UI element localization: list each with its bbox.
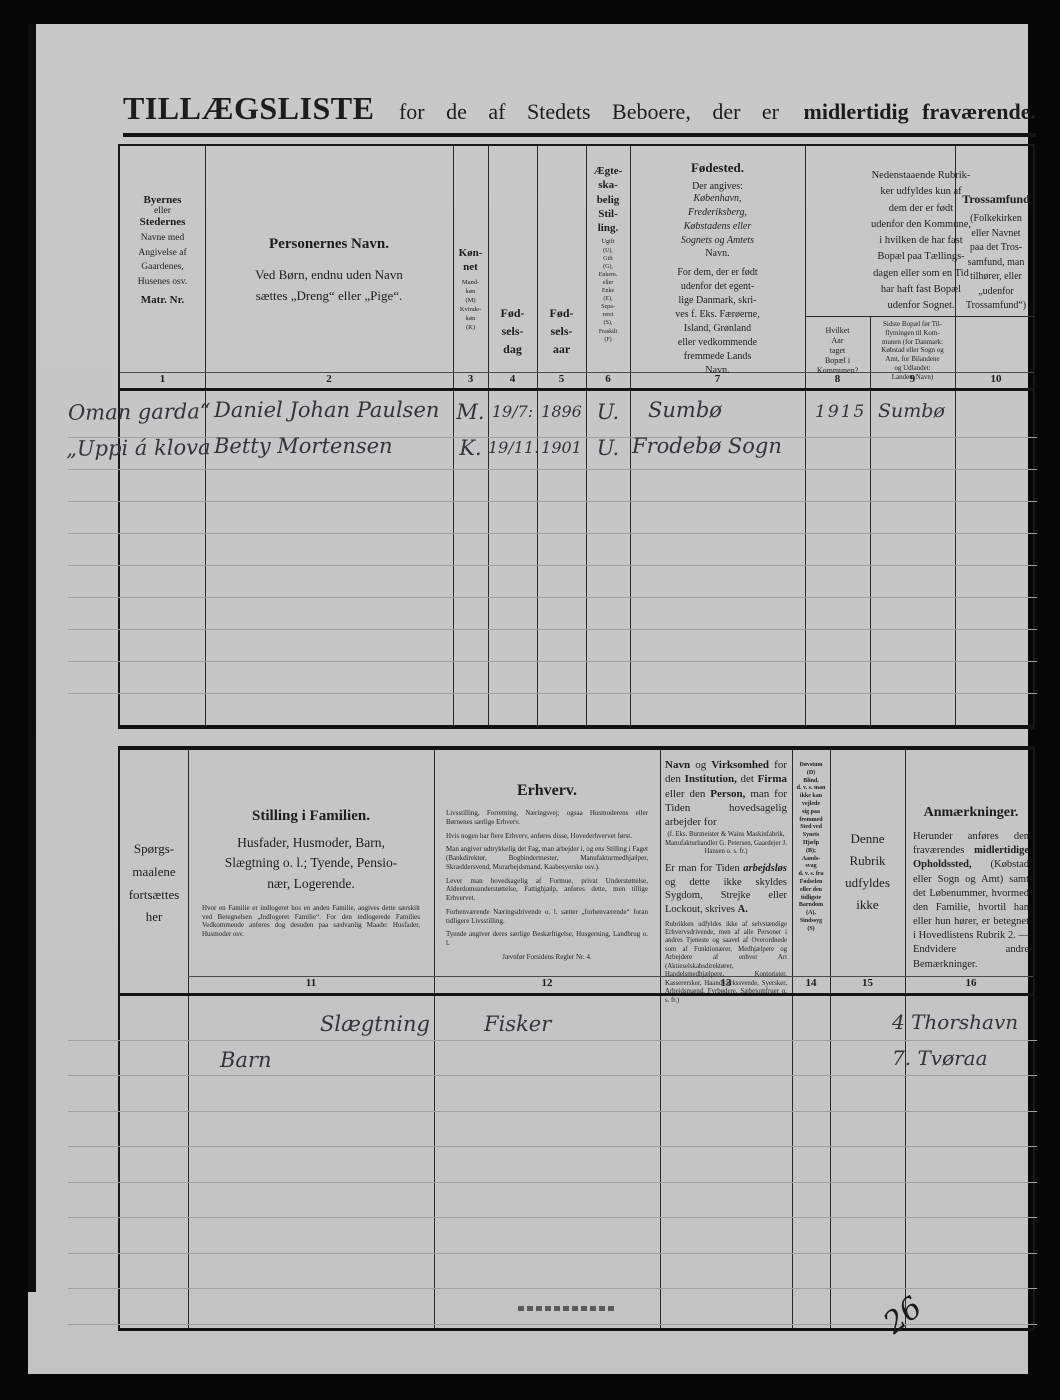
col-header-family-position: Stilling i Familien. Husfader, Husmoder,… (188, 808, 434, 939)
col1-sub: Navne med Angivelse af Gaardenes, Husene… (120, 231, 205, 290)
row-rule (68, 597, 1037, 598)
col8-number: 8 (805, 373, 870, 385)
col13-p1-bold: Navn (665, 759, 690, 771)
page-spine-shadow (28, 24, 36, 1292)
col7-p1c: Navn. (630, 248, 805, 259)
grid-line (537, 146, 538, 725)
row1-remarks: 4 Thorshavn (892, 1010, 1018, 1034)
col16-number: 16 (905, 977, 1037, 989)
col-header-name: Personernes Navn. Ved Børn, endnu uden N… (205, 236, 453, 307)
col10-sub: (Folkekirken eller Navnet paa det Tros- … (955, 212, 1037, 314)
row-rule (68, 1146, 1037, 1147)
row-rule (68, 501, 1037, 502)
grid-line (488, 146, 489, 725)
header-body-divider (120, 388, 1033, 391)
row-rule (68, 1111, 1037, 1112)
col1-title-2: Stedernes (120, 216, 205, 228)
col13-p2-bold: A. (738, 904, 748, 915)
row-rule (68, 629, 1037, 630)
col4-number: 4 (488, 373, 537, 385)
col12-p4: Lever man hovedsagelig af Formue, privat… (446, 877, 648, 903)
row2-birthyear: 1901 (537, 438, 586, 457)
col12-p1: Livsstilling, Forretning, Næringsvej; og… (446, 809, 648, 827)
col-header-marital: Ægte- ska- belig Stil- ling. Ugift (U), … (586, 164, 630, 344)
col3-title: Køn- net (453, 246, 488, 275)
col-header-birthyear: Fød- sels- aar (537, 304, 586, 358)
col-header-remarks: Anmærkninger. Herunder anføres den fravæ… (905, 805, 1037, 972)
form-title-emphasis: midlertidig fraværende. (804, 99, 1036, 125)
row1-last-residence: Sumbø (878, 400, 945, 422)
col2-number: 2 (205, 373, 453, 385)
col1-number: 1 (120, 373, 205, 385)
row-rule (68, 565, 1037, 566)
row2-place: „Uppi á klova (66, 435, 211, 461)
col3-sub: Mand- køn (M) Kvinde- køn (K) (453, 278, 488, 333)
row1-family-position: Slægtning (320, 1012, 430, 1036)
col6-number: 6 (586, 373, 630, 385)
col12-p6: Tyende angiver deres særlige Beskæftigel… (446, 930, 648, 948)
col13-p2-italic: arbejdsløs (743, 863, 787, 874)
row2-birthplace: Frodebø Sogn (632, 434, 782, 458)
col13-p1-bold: Virksomhed (711, 759, 769, 771)
row1-birthplace: Sumbø (648, 398, 722, 422)
col-header-not-filled: Denne Rubrik udfyldes ikke (830, 828, 905, 916)
row-rule (68, 1075, 1037, 1076)
col11-fine-print: Hvor en Familie er indlogeret hos en and… (202, 904, 420, 939)
row-rule (68, 533, 1037, 534)
title-divider-rule (123, 133, 1036, 137)
col15-number: 15 (830, 977, 905, 989)
row1-place: Oman garda“ (68, 399, 211, 424)
col11-number: 11 (188, 977, 434, 989)
col2-title: Personernes Navn. (205, 236, 453, 253)
col11-title: Stilling i Familien. (188, 808, 434, 825)
row-rule (68, 1182, 1037, 1183)
col13-p2-text: og dette ikke skyldes Sygdom, Strejke el… (665, 877, 787, 915)
row2-name: Betty Mortensen (214, 434, 393, 458)
col10-number: 10 (955, 373, 1037, 385)
row2-remarks: 7. Tvøraa (892, 1046, 988, 1070)
col4-title: Fød- sels- dag (488, 304, 537, 358)
col6-title: Ægte- ska- belig Stil- ling. (586, 164, 630, 235)
row2-sex: K. (453, 436, 488, 460)
col13-p1-text: eller den (665, 788, 710, 800)
row-rule (68, 469, 1037, 470)
grid-line (805, 316, 1035, 317)
col11-sub: Husfader, Husmoder, Barn, Slægtning o. l… (188, 833, 434, 894)
col7-number: 7 (630, 373, 805, 385)
row2-marital: U. (586, 436, 630, 460)
col12-p5: Forhenværende Næringsdrivende o. l. sætt… (446, 908, 648, 926)
col13-fine2: Rubrikken udfyldes ikke af selvstændige … (665, 921, 787, 1006)
row2-family-position: Barn (220, 1048, 272, 1072)
row1-occupation: Fisker (484, 1012, 551, 1036)
col-header-religion: Trossamfund (Folkekirken eller Navnet pa… (955, 192, 1037, 314)
col12-p2: Hvis nogen har flere Erhverv, anføres di… (446, 832, 648, 841)
col12-p7: Jævnfør Forsidens Regler Nr. 4. (434, 953, 660, 962)
row-rule (68, 1040, 1037, 1041)
col7-title: Fødested. (630, 160, 805, 176)
col12-number: 12 (434, 977, 660, 989)
col7-p1b: København, Frederiksberg, Købstadens ell… (630, 192, 805, 248)
col-header-birthday: Fød- sels- dag (488, 304, 537, 358)
form-title-mid: for de af Stedets Beboere, der er (399, 99, 779, 125)
col6-sub: Ugift (U), Gift (G), Enkem. eller Enke (… (586, 238, 630, 343)
col-header-employer: Navn og Virksomhed for den Institution, … (660, 758, 792, 1005)
col13-p2-text: Er man for Tiden (665, 863, 743, 874)
col1-mid: eller (120, 206, 205, 216)
row1-birthyear: 1896 (537, 402, 586, 421)
header-body-divider (120, 993, 1033, 996)
col16-text: (Købstad eller Sogn og Amt) samt det Løb… (913, 859, 1029, 969)
col13-fine1: (f. Eks. Burmeister & Wains Maskinfabrik… (665, 831, 787, 856)
row1-birthday: 19/7: (488, 402, 537, 421)
scanned-census-page: TILLÆGSLISTE for de af Stedets Beboere, … (0, 0, 1060, 1400)
col-header-sex: Køn- net Mand- køn (M) Kvinde- køn (K) (453, 246, 488, 332)
col2-sub: Ved Børn, endnu uden Navn sættes „Dreng“… (205, 265, 453, 307)
col16-title: Anmærkninger. (913, 805, 1029, 821)
col13-number: 13 (660, 977, 792, 989)
row1-name: Daniel Johan Paulsen (214, 398, 439, 422)
form-title-main: TILLÆGSLISTE (123, 90, 374, 127)
census-form-paper: TILLÆGSLISTE for de af Stedets Beboere, … (28, 24, 1028, 1374)
row-rule (68, 1217, 1037, 1218)
side-label-questions-continue: Spørgs- maalene fortsættes her (120, 838, 188, 929)
col13-p1-text: det (737, 773, 758, 785)
table-continued-questions: Spørgs- maalene fortsættes her Stilling … (118, 746, 1035, 1331)
col12-p3: Man angiver udtrykkelig det Fag, man arb… (446, 845, 648, 871)
col-header-occupation: Erhverv. Livsstilling, Forretning, Nærin… (434, 782, 660, 962)
col3-number: 3 (453, 373, 488, 385)
col9-number: 9 (870, 373, 955, 385)
row-rule (68, 693, 1037, 694)
row1-sex: M. (453, 400, 488, 424)
col13-p1-bold: Firma (758, 773, 787, 785)
row2-birthday: 19/11. (488, 438, 537, 457)
row1-year-settled: 1915 (815, 402, 866, 422)
col-header-year-settled: Hvilket Aar taget Bopæl i Kommunen? (805, 326, 870, 376)
col14-number: 14 (792, 977, 830, 989)
col12-title: Erhverv. (434, 782, 660, 800)
col-header-birthplace: Fødested. Der angives: København, Freder… (630, 160, 805, 378)
form-title: TILLÆGSLISTE for de af Stedets Beboere, … (123, 90, 1036, 127)
col13-p1-bold: Institution, (685, 773, 737, 785)
col1-title-3: Matr. Nr. (120, 294, 205, 306)
row-rule (68, 661, 1037, 662)
row-rule (68, 1253, 1037, 1254)
col5-title: Fød- sels- aar (537, 304, 586, 358)
row-rule (68, 1288, 1037, 1289)
col7-p1a: Der angives: (630, 181, 805, 192)
col10-title: Trossamfund (955, 192, 1037, 207)
printer-imprint (518, 1306, 614, 1311)
col13-p1-bold: Person, (710, 788, 745, 800)
row1-marital: U. (586, 400, 630, 424)
col-header-disabilities: Døvstum (D) Blind, d. v. s. man ikke kan… (792, 762, 830, 934)
col-header-place: Byernes eller Stedernes Navne med Angive… (120, 194, 205, 306)
table-absent-persons: Byernes eller Stedernes Navne med Angive… (118, 144, 1035, 729)
col13-p1-text: og (690, 759, 711, 771)
col5-number: 5 (537, 373, 586, 385)
col7-p2: For dem, der er født udenfor det egent- … (630, 266, 805, 378)
col1-title-1: Byernes (120, 194, 205, 206)
